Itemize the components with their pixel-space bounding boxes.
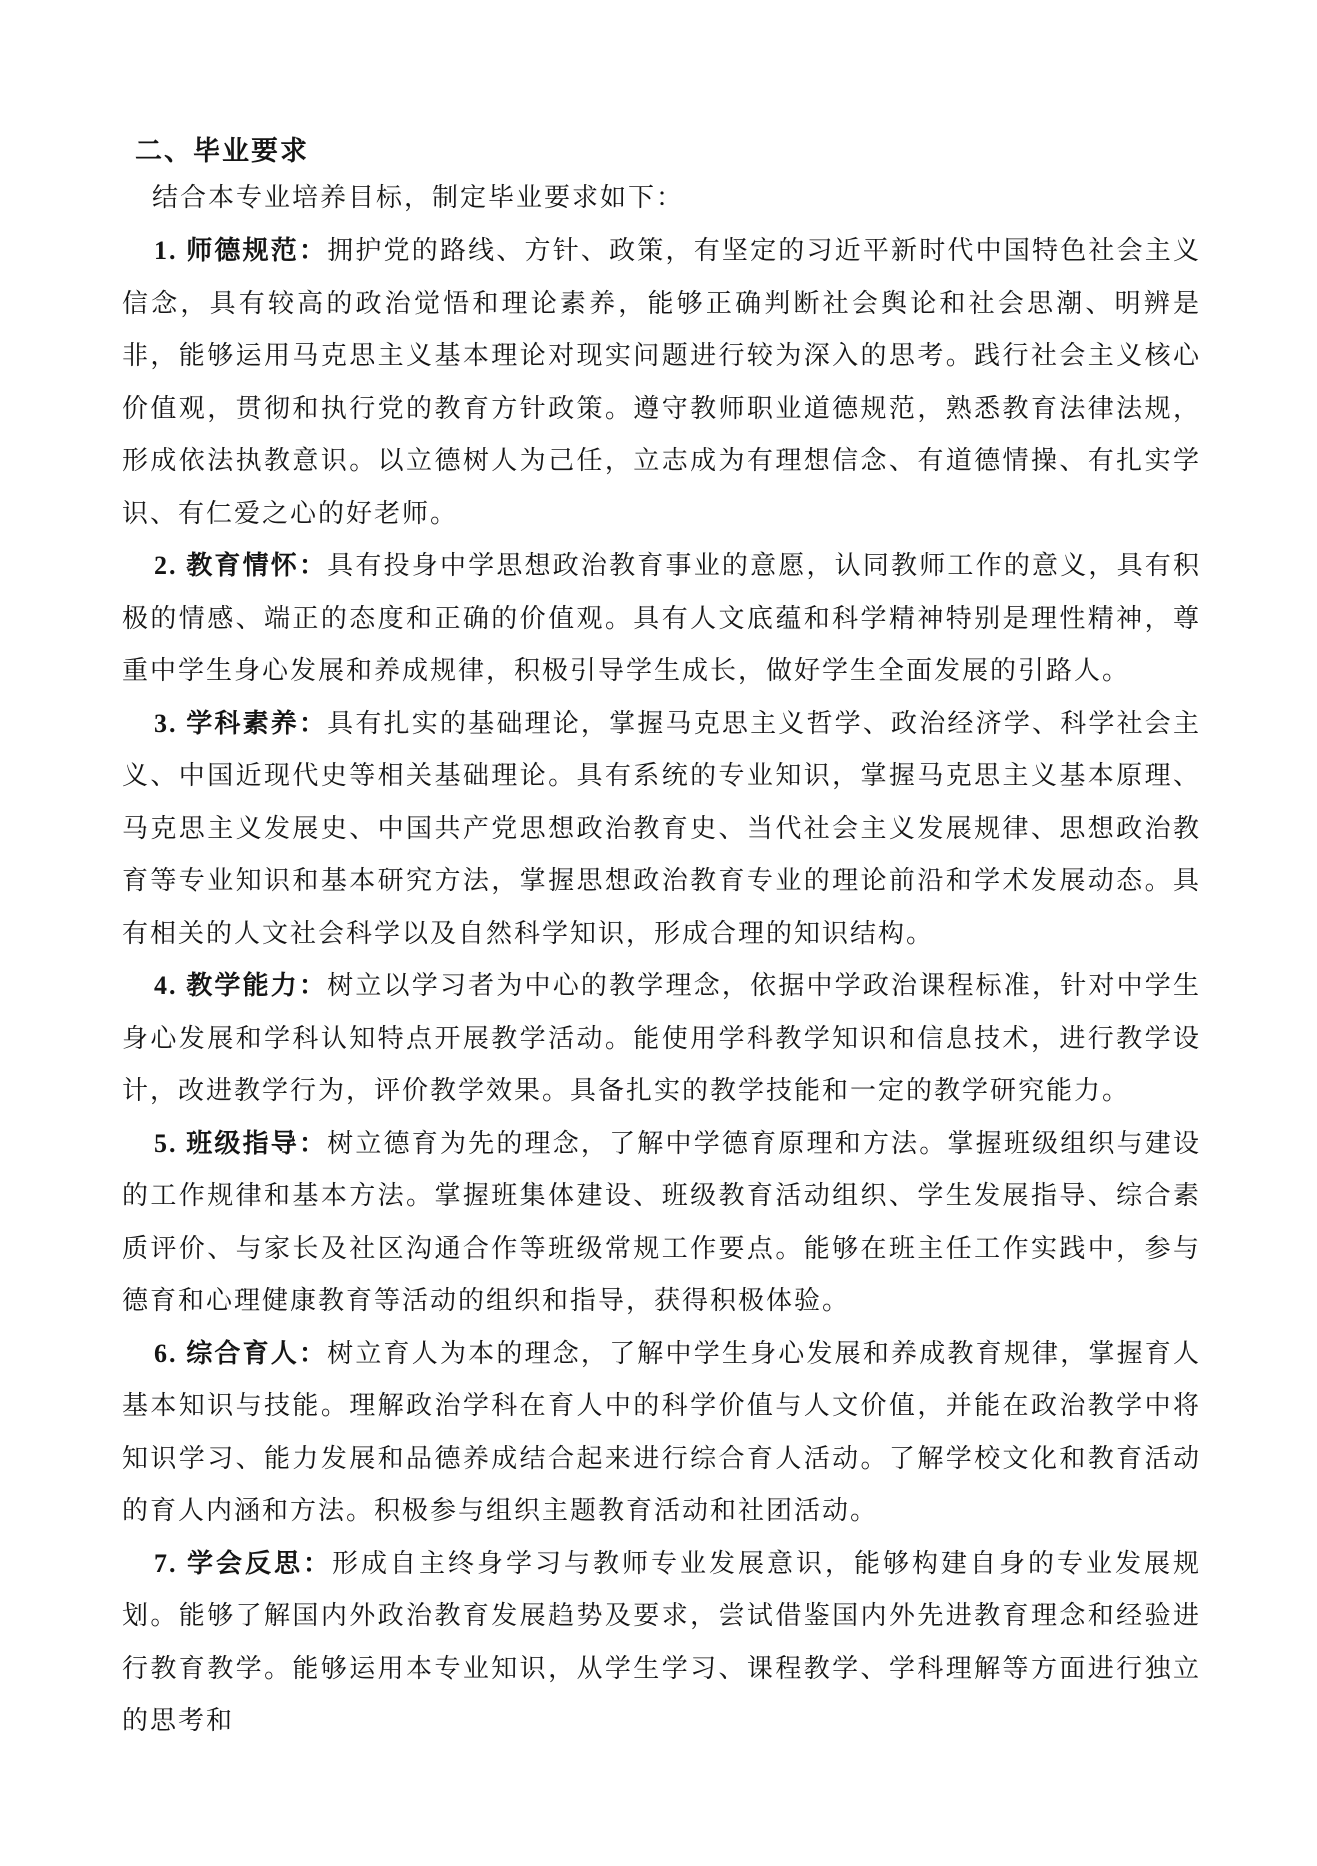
section-heading: 二、毕业要求 (135, 134, 1201, 168)
requirement-3-text: 具有扎实的基础理论，掌握马克思主义哲学、政治经济学、科学社会主义、中国近现代史等… (122, 709, 1201, 948)
requirement-paragraph-6: 6. 综合育人：树立育人为本的理念，了解中学生身心发展和养成教育规律，掌握育人基… (122, 1328, 1201, 1538)
requirement-1-text: 拥护党的路线、方针、政策，有坚定的习近平新时代中国特色社会主义信念，具有较高的政… (122, 236, 1201, 528)
requirement-3-label: 3. 学科素养： (154, 709, 327, 738)
requirement-paragraph-4: 4. 教学能力：树立以学习者为中心的教学理念，依据中学政治课程标准，针对中学生身… (122, 960, 1201, 1118)
requirement-4-label: 4. 教学能力： (154, 971, 327, 1000)
requirement-2-label: 2. 教育情怀： (154, 551, 327, 580)
document-page: 二、毕业要求 结合本专业培养目标，制定毕业要求如下： 1. 师德规范：拥护党的路… (0, 0, 1317, 1866)
requirement-1-label: 1. 师德规范： (154, 236, 327, 265)
requirement-paragraph-7: 7. 学会反思：形成自主终身学习与教师专业发展意识，能够构建自身的专业发展规划。… (122, 1538, 1201, 1748)
requirement-5-label: 5. 班级指导： (154, 1129, 327, 1158)
requirement-paragraph-5: 5. 班级指导：树立德育为先的理念，了解中学德育原理和方法。掌握班级组织与建设的… (122, 1118, 1201, 1328)
requirement-7-label: 7. 学会反思： (154, 1549, 332, 1578)
requirement-paragraph-1: 1. 师德规范：拥护党的路线、方针、政策，有坚定的习近平新时代中国特色社会主义信… (122, 225, 1201, 540)
requirement-paragraph-2: 2. 教育情怀：具有投身中学思想政治教育事业的意愿，认同教师工作的意义，具有积极… (122, 540, 1201, 698)
requirement-paragraph-3: 3. 学科素养：具有扎实的基础理论，掌握马克思主义哲学、政治经济学、科学社会主义… (122, 698, 1201, 961)
intro-paragraph: 结合本专业培养目标，制定毕业要求如下： (122, 177, 1201, 219)
requirement-6-label: 6. 综合育人： (154, 1339, 327, 1368)
